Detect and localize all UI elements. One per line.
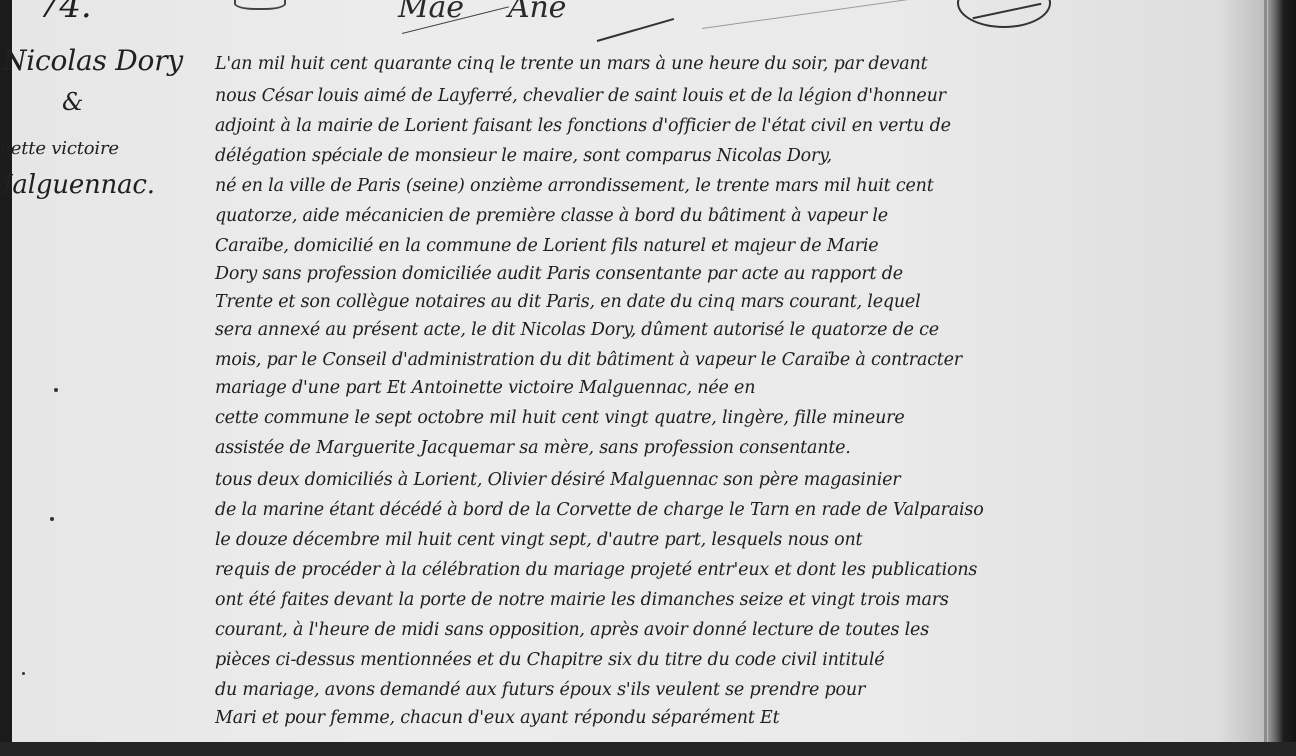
text-line: assistée de Marguerite Jacquemar sa mère… [215,440,851,458]
text-line: du mariage, avons demandé aux futurs épo… [215,682,865,700]
text-line: délégation spéciale de monsieur le maire… [215,148,832,166]
page-binding-edge [0,0,12,742]
text-line: L'an mil huit cent quarante cinq le tren… [215,56,927,74]
page-right-edge [1268,0,1296,742]
page-fold-line [1264,0,1267,742]
header-word-1: Mae [398,0,464,25]
text-line: de la marine étant décédé à bord de la C… [215,502,984,520]
text-line: Mari et pour femme, chacun d'eux ayant r… [215,710,779,728]
register-page: 74. Mae Ane Nicolas Dory & Antoinette vi… [12,0,1268,742]
text-line: le douze décembre mil huit cent vingt se… [215,532,862,550]
margin-ampersand: & [62,88,83,116]
text-line: mois, par le Conseil d'administration du… [215,352,962,370]
entry-number: 74. [38,0,91,26]
text-line: adjoint à la mairie de Lorient faisant l… [215,118,951,136]
flourish-line [597,18,674,42]
faint-rule [702,0,940,29]
text-line: Dory sans profession domiciliée audit Pa… [215,266,903,284]
viewer-bottom-bar [0,742,1296,756]
margin-bride-first: Antoinette victoire [0,138,119,159]
ink-dot [54,388,58,392]
header-word-2: Ane [508,0,566,25]
text-line: pièces ci-dessus mentionnées et du Chapi… [215,652,884,670]
text-line: quatorze, aide mécanicien de première cl… [215,208,888,226]
text-line: courant, à l'heure de midi sans oppositi… [215,622,929,640]
ink-dot [22,672,25,675]
text-line: mariage d'une part Et Antoinette victoir… [215,380,755,398]
text-line: Trente et son collègue notaires au dit P… [215,294,920,312]
text-line: sera annexé au présent acte, le dit Nico… [215,322,939,340]
text-line: né en la ville de Paris (seine) onzième … [215,178,934,196]
document-viewer: 74. Mae Ane Nicolas Dory & Antoinette vi… [0,0,1296,742]
text-line: ont été faites devant la porte de notre … [215,592,949,610]
text-line: cette commune le sept octobre mil huit c… [215,410,905,428]
margin-groom-name: Nicolas Dory [2,44,183,77]
text-line: nous César louis aimé de Layferré, cheva… [215,88,946,106]
text-line: requis de procéder à la célébration du m… [215,562,977,580]
stamp-mark [234,0,286,10]
text-line: Caraïbe, domicilié en la commune de Lori… [215,238,878,256]
margin-bride-last: Malguennac. [0,170,155,200]
text-line: tous deux domiciliés à Lorient, Olivier … [215,472,900,490]
ink-dot [50,517,54,521]
